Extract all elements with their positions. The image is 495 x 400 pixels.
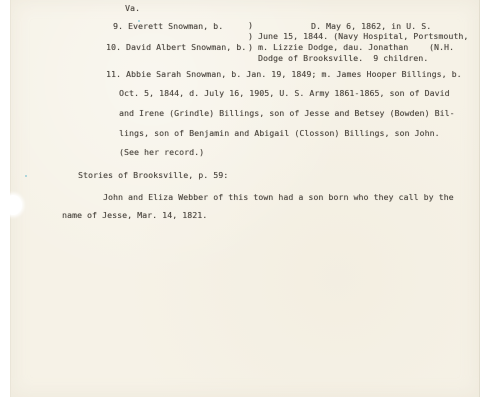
typed-line-va: Va. bbox=[125, 4, 140, 13]
typed-line-item11-4: lings, son of Benjamin and Abigail (Clos… bbox=[119, 129, 440, 138]
typed-line-item11-3: and Irene (Grindle) Billings, son of Jes… bbox=[119, 109, 455, 118]
typed-line-item11-2: Oct. 5, 1844, d. July 16, 1905, U. S. Ar… bbox=[119, 89, 450, 98]
typed-line-death-note: D. May 6, 1862, in U. S. bbox=[311, 22, 431, 31]
typed-line-brace-june: ) June 15, 1844. (Navy Hospital, Portsmo… bbox=[248, 32, 468, 41]
typed-line-item10: 10. David Albert Snowman, b. bbox=[106, 43, 246, 52]
typed-line-source-heading: Stories of Brooksville, p. 59: bbox=[78, 171, 228, 180]
typed-line-item9: 9. Everett Snowman, b. bbox=[113, 22, 223, 31]
typed-line-note-1: John and Eliza Webber of this town had a… bbox=[103, 193, 454, 202]
typed-line-brace-marriage: ) m. Lizzie Dodge, dau. Jonathan bbox=[248, 43, 408, 52]
typed-line-note-2: name of Jesse, Mar. 14, 1821. bbox=[62, 211, 207, 220]
brace-top: ) bbox=[248, 21, 253, 30]
hole-punch-mark bbox=[4, 195, 22, 215]
typed-line-item11-1: 11. Abbie Sarah Snowman, b. Jan. 19, 184… bbox=[106, 70, 462, 79]
scan-artifact-speck bbox=[25, 175, 27, 177]
typed-line-see-record: (See her record.) bbox=[119, 148, 204, 157]
scanned-document-page: Va. 9. Everett Snowman, b. ) D. May 6, 1… bbox=[0, 0, 495, 400]
typed-line-nh-note: (N.H. bbox=[429, 43, 454, 52]
typed-line-dodge: Dodge of Brooksville. 9 children. bbox=[258, 54, 428, 63]
